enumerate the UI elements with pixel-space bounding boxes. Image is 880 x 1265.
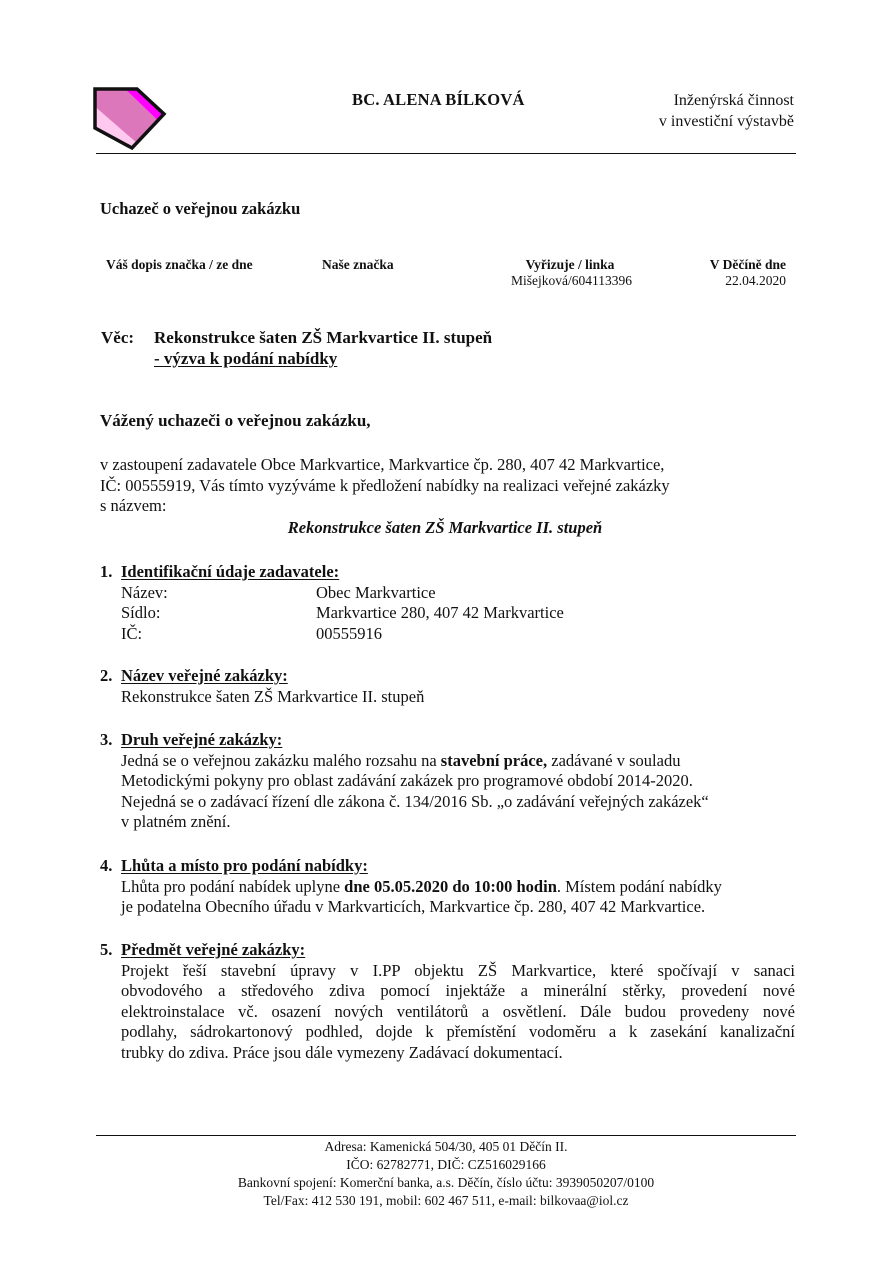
intro-paragraph: v zastoupení zadavatele Obce Markvartice… <box>100 455 750 517</box>
section-line: elektroinstalace vč. osazení nových vent… <box>121 1002 795 1023</box>
date-value: 22.04.2020 <box>725 273 786 289</box>
field-value: 00555916 <box>316 624 382 645</box>
field-key: IČ: <box>121 624 142 645</box>
header-divider <box>96 153 796 154</box>
section-line: Lhůta pro podání nabídek uplyne dne 05.0… <box>121 877 795 898</box>
section-number: 4. <box>100 856 112 877</box>
section-line: trubky do zdiva. Práce jsou dále vymezen… <box>121 1043 795 1064</box>
section-line: v platném znění. <box>121 812 795 833</box>
section-title: Druh veřejné zakázky: <box>121 730 282 751</box>
section-number: 2. <box>100 666 112 687</box>
section-line: podlahy, sádrokartonový podhled, dojde k… <box>121 1022 795 1043</box>
section-title: Identifikační údaje zadavatele: <box>121 562 339 583</box>
section-line: Nejedná se o zadávací řízení dle zákona … <box>121 792 795 813</box>
deadline-text: dne 05.05.2020 do 10:00 hodin <box>344 877 557 896</box>
field-row: Sídlo: Markvartice 280, 407 42 Markvarti… <box>121 603 795 624</box>
handler-value: Mišejková/604113396 <box>511 273 632 289</box>
footer-contact: Adresa: Kamenická 504/30, 405 01 Děčín I… <box>96 1138 796 1210</box>
bold-text-run: stavební práce, <box>441 751 547 770</box>
section-line: obvodového a středového zdiva pomocí inj… <box>121 981 795 1002</box>
tagline-line: v investiční výstavbě <box>659 111 794 132</box>
section-line: je podatelna Obecního úřadu v Markvartic… <box>121 897 795 918</box>
company-name: BC. ALENA BÍLKOVÁ <box>352 90 525 110</box>
contract-title: Rekonstrukce šaten ZŠ Markvartice II. st… <box>100 518 790 538</box>
section-line: Metodickými pokyny pro oblast zadávání z… <box>121 771 795 792</box>
section-title: Lhůta a místo pro podání nabídky: <box>121 856 368 877</box>
section-body: Projekt řeší stavební úpravy v I.PP obje… <box>121 961 795 1064</box>
text-run: Jedná se o veřejnou zakázku malého rozsa… <box>121 751 441 770</box>
section-body: Lhůta pro podání nabídek uplyne dne 05.0… <box>121 877 795 918</box>
footer-address: Adresa: Kamenická 504/30, 405 01 Děčín I… <box>96 1138 796 1156</box>
section-line: Jedná se o veřejnou zakázku malého rozsa… <box>121 751 795 772</box>
text-run: . Místem podání nabídky <box>557 877 722 896</box>
intro-line: IČ: 00555919, Vás tímto vyzýváme k předl… <box>100 476 750 497</box>
section-number: 5. <box>100 940 112 961</box>
text-run: Lhůta pro podání nabídek uplyne <box>121 877 344 896</box>
tagline-line: Inženýrská činnost <box>659 90 794 111</box>
footer-phone-email: Tel/Fax: 412 530 191, mobil: 602 467 511… <box>96 1192 796 1210</box>
text-run: zadávané v souladu <box>547 751 680 770</box>
field-row: Název: Obec Markvartice <box>121 583 795 604</box>
company-tagline: Inženýrská činnost v investiční výstavbě <box>659 90 794 132</box>
intro-line: v zastoupení zadavatele Obce Markvartice… <box>100 455 750 476</box>
subject-title: Rekonstrukce šaten ZŠ Markvartice II. st… <box>154 328 492 348</box>
footer-divider <box>96 1135 796 1136</box>
section-body: Rekonstrukce šaten ZŠ Markvartice II. st… <box>121 687 795 708</box>
recipient: Uchazeč o veřejnou zakázku <box>100 199 300 219</box>
field-key: Sídlo: <box>121 603 160 624</box>
our-reference-label: Naše značka <box>322 257 394 273</box>
field-value: Markvartice 280, 407 42 Markvartice <box>316 603 564 624</box>
field-key: Název: <box>121 583 168 604</box>
section-body: Jedná se o veřejnou zakázku malého rozsa… <box>121 751 795 833</box>
subject-label: Věc: <box>101 328 134 348</box>
section-text: Rekonstrukce šaten ZŠ Markvartice II. st… <box>121 687 795 708</box>
footer-bank: Bankovní spojení: Komerční banka, a.s. D… <box>96 1174 796 1192</box>
section-number: 1. <box>100 562 112 583</box>
subject-subtitle: - výzva k podání nabídky <box>154 349 337 369</box>
field-row: IČ: 00555916 <box>121 624 795 645</box>
date-label: V Děčíně dne <box>710 257 786 273</box>
section-title: Předmět veřejné zakázky: <box>121 940 305 961</box>
section-number: 3. <box>100 730 112 751</box>
company-logo-icon <box>92 86 168 152</box>
field-value: Obec Markvartice <box>316 583 436 604</box>
handler-label: Vyřizuje / linka <box>507 257 633 273</box>
intro-line: s názvem: <box>100 496 750 517</box>
section-title: Název veřejné zakázky: <box>121 666 288 687</box>
salutation: Vážený uchazeči o veřejnou zakázku, <box>100 411 371 431</box>
footer-ids: IČO: 62782771, DIČ: CZ516029166 <box>96 1156 796 1174</box>
your-letter-label: Váš dopis značka / ze dne <box>106 257 253 273</box>
section-line: Projekt řeší stavební úpravy v I.PP obje… <box>121 961 795 982</box>
section-body: Název: Obec Markvartice Sídlo: Markvarti… <box>121 583 795 645</box>
